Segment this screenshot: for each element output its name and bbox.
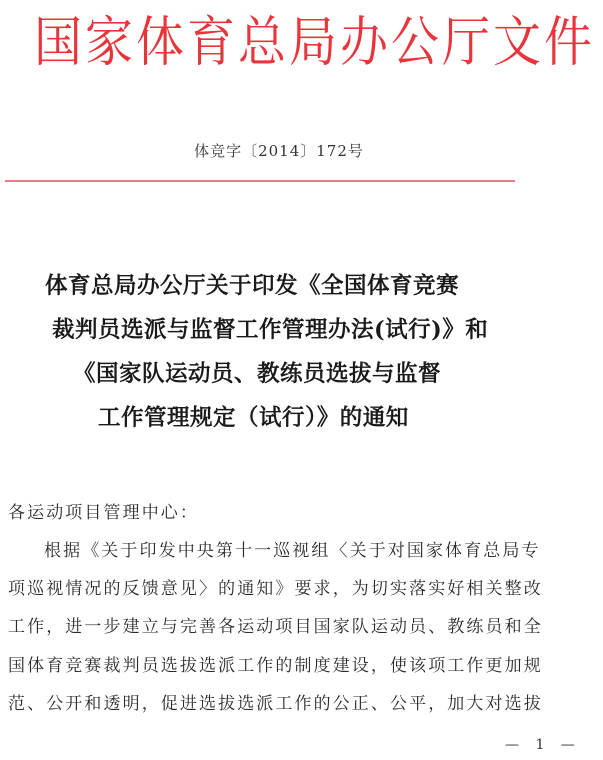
header-divider bbox=[5, 180, 515, 182]
title-line: 裁判员选派与监督工作管理办法(试行)》和 bbox=[52, 312, 488, 344]
body-line: 根据《关于印发中央第十一巡视组〈关于对国家体育总局专 bbox=[44, 536, 541, 561]
title-line: 体育总局办公厅关于印发《全国体育竞赛 bbox=[45, 268, 459, 300]
title-line: 工作管理规定（试行）》的通知 bbox=[98, 400, 409, 432]
title-line: 《国家队运动员、教练员选拔与监督 bbox=[73, 356, 441, 388]
document-header-title: 国家体育总局办公厅文件 bbox=[34, 8, 579, 77]
document-number-text: 体竞字〔2014〕172号 bbox=[194, 140, 364, 161]
body-line: 国体育竞赛裁判员选拔选派工作的制度建设，使该项工作更加规 bbox=[8, 651, 543, 676]
page-number: — 1 — bbox=[505, 737, 581, 753]
salutation: 各运动项目管理中心： bbox=[8, 498, 199, 523]
document-number: 体竞字〔2014〕172号 bbox=[0, 140, 603, 161]
body-line: 项巡视情况的反馈意见〉的通知》要求，为切实落实好相关整改 bbox=[8, 574, 543, 599]
body-line: 范、公开和透明，促进选拔选派工作的公正、公平，加大对选拔 bbox=[8, 689, 543, 714]
body-line: 工作，进一步建立与完善各运动项目国家队运动员、教练员和全 bbox=[8, 612, 543, 637]
